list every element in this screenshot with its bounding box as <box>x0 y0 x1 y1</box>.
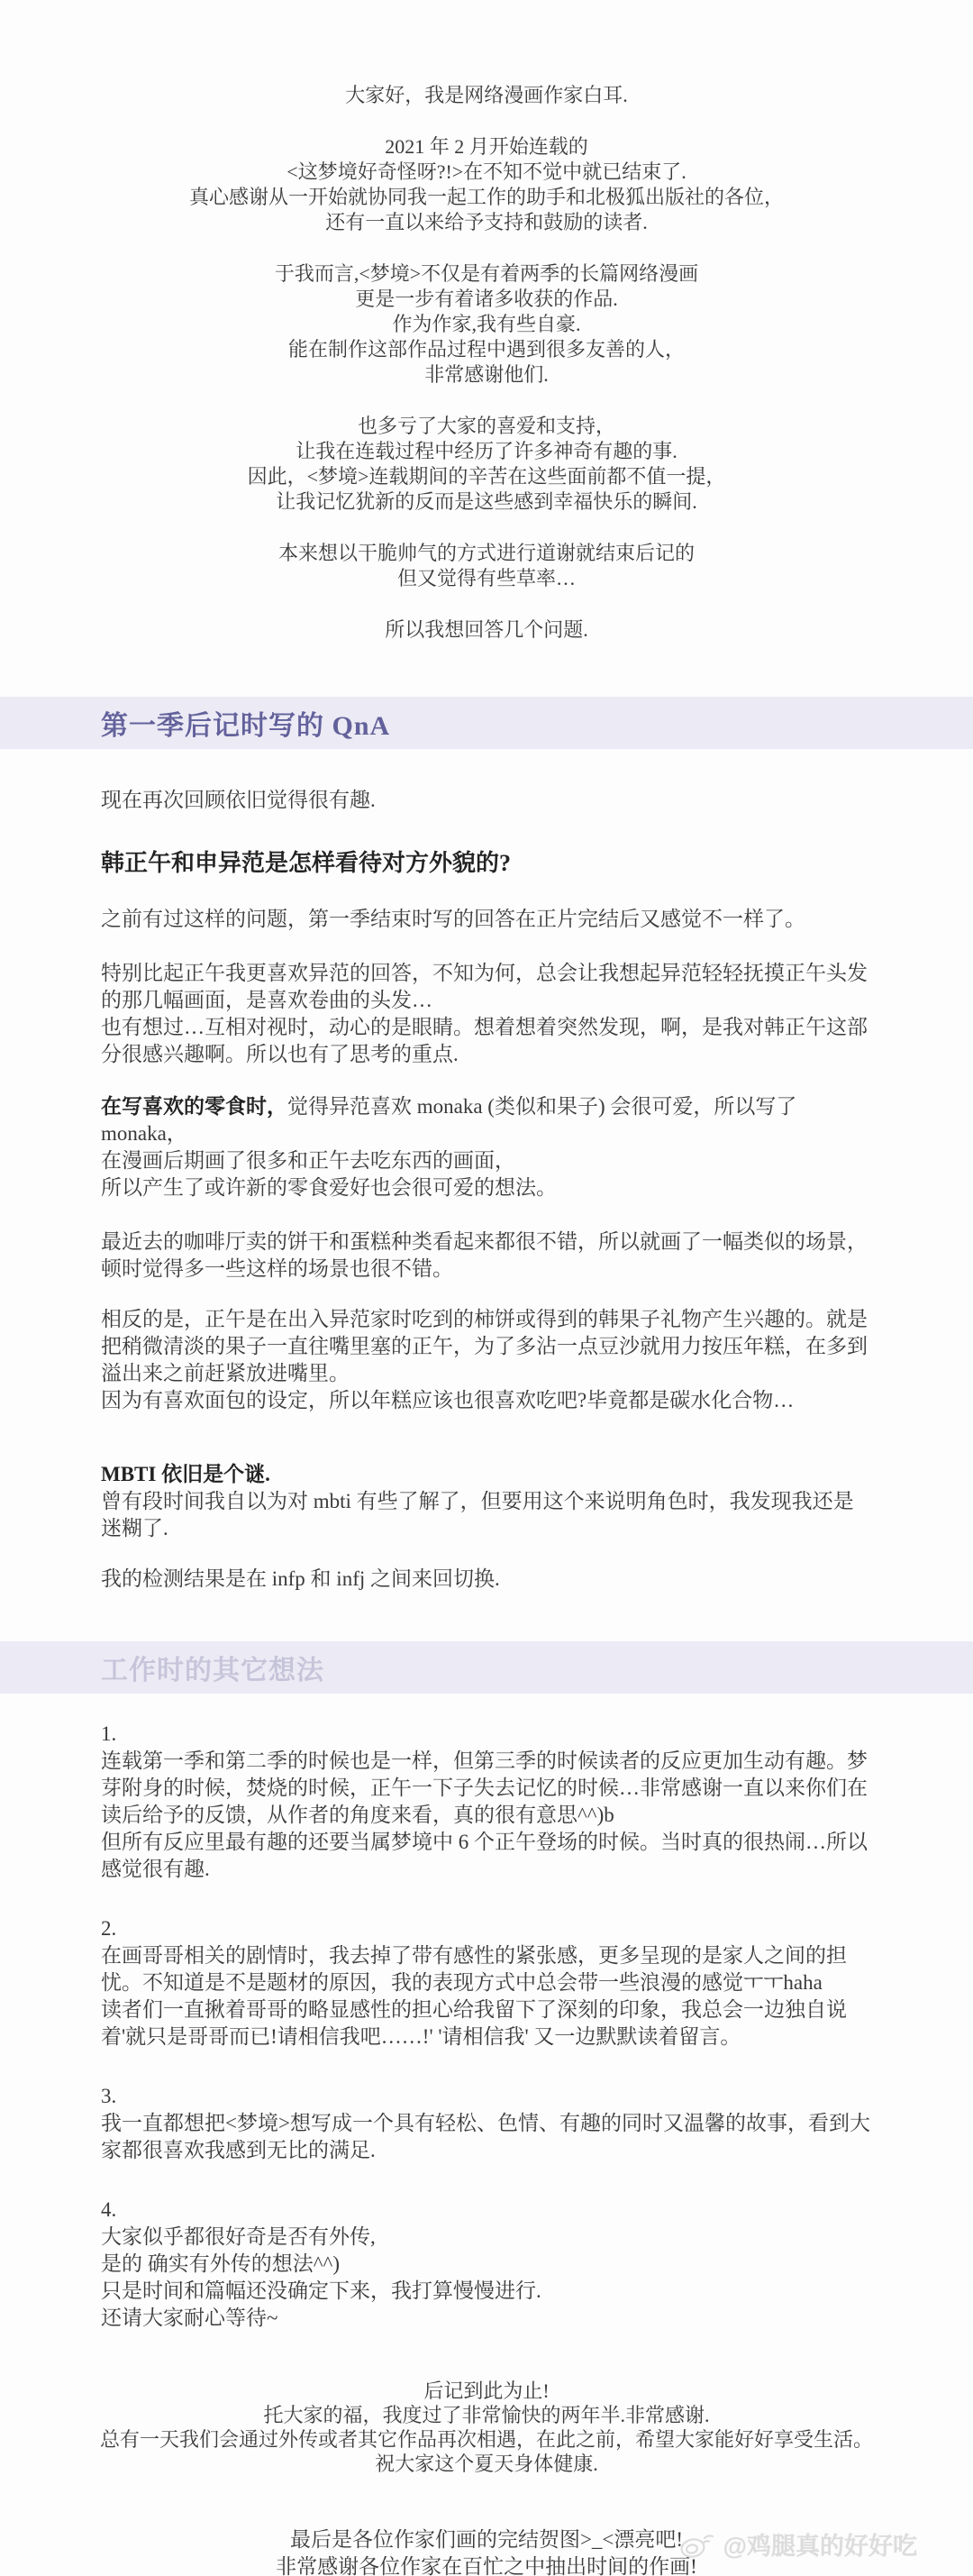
closing-block: 后记到此为止! 托大家的福，我度过了非常愉快的两年半.非常感谢. 总有一天我们会… <box>0 2379 973 2476</box>
qna-snack-lead: 在写喜欢的零食时， <box>101 1095 287 1118</box>
intro-paragraph-4: 也多亏了大家的喜爱和支持， 让我在连载过程中经历了许多神奇有趣的事. 因此，<梦… <box>0 414 973 515</box>
qna-answer-2: 特别比起正午我更喜欢异范的回答，不知为何，总会让我想起异范轻轻抚摸正午头发的那几… <box>101 960 872 1068</box>
section-banner-thoughts: 工作时的其它想法 <box>0 1641 973 1694</box>
thoughts-item-2: 2. 在画哥哥相关的剧情时，我去掉了带有感性的紧张感，更多呈现的是家人之间的担忧… <box>101 1915 872 2051</box>
qna-question-heading: 韩正午和申异范是怎样看待对方外貌的? <box>101 848 872 879</box>
qna-note: 现在再次回顾依旧觉得很有趣. <box>101 787 872 814</box>
qna-mbti-rest: 曾有段时间我自以为对 mbti 有些了解了，但要用这个来说明角色时，我发现我还是… <box>101 1490 854 1539</box>
qna-section: 现在再次回顾依旧觉得很有趣. 韩正午和申异范是怎样看待对方外貌的? 之前有过这样… <box>0 787 973 1593</box>
thoughts-item-4: 4. 大家似乎都很好奇是否有外传, 是的 确实有外传的想法^^) 只是时间和篇幅… <box>101 2197 872 2332</box>
intro-paragraph-1: 大家好，我是网络漫画作家白耳. <box>0 83 973 108</box>
afterword-page: 大家好，我是网络漫画作家白耳. 2021 年 2 月开始连载的 <这梦境好奇怪呀… <box>0 0 973 2576</box>
weibo-watermark-handle: @鸡腿真的好好吃 <box>723 2526 917 2562</box>
thoughts-section-title: 工作时的其它想法 <box>101 1648 324 1687</box>
thoughts-item-3: 3. 我一直都想把<梦境>想写成一个具有轻松、色情、有趣的同时又温馨的故事，看到… <box>101 2083 872 2164</box>
intro-paragraph-6: 所以我想回答几个问题. <box>0 617 973 643</box>
qna-answer-cafe: 最近去的咖啡厅卖的饼干和蛋糕种类看起来都很不错，所以就画了一幅类似的场景，顿时觉… <box>101 1229 872 1283</box>
qna-answer-snack: 在写喜欢的零食时，觉得异范喜欢 monaka (类似和果子) 会很可爱，所以写了… <box>101 1093 872 1201</box>
intro-section: 大家好，我是网络漫画作家白耳. 2021 年 2 月开始连载的 <这梦境好奇怪呀… <box>0 0 973 643</box>
qna-mbti-result: 我的检测结果是在 infp 和 infj 之间来回切换. <box>101 1566 872 1593</box>
thoughts-item-1: 1. 连载第一季和第二季的时候也是一样，但第三季的时候读者的反应更加生动有趣。梦… <box>101 1721 872 1883</box>
intro-paragraph-5: 本来想以干脆帅气的方式进行道谢就结束后记的 但又觉得有些草率… <box>0 541 973 591</box>
section-banner-qna: 第一季后记时写的 QnA <box>0 697 973 749</box>
qna-answer-opposite: 相反的是，正午是在出入异范家时吃到的柿饼或得到的韩果子礼物产生兴趣的。就是把稍微… <box>101 1306 872 1414</box>
qna-answer-1: 之前有过这样的问题，第一季结束时写的回答在正片完结后又感觉不一样了。 <box>101 906 872 933</box>
qna-answer-mbti: MBTI 依旧是个谜. 曾有段时间我自以为对 mbti 有些了解了，但要用这个来… <box>101 1461 872 1542</box>
thoughts-section: 1. 连载第一季和第二季的时候也是一样，但第三季的时候读者的反应更加生动有趣。梦… <box>0 1721 973 2332</box>
qna-section-title: 第一季后记时写的 QnA <box>101 703 390 743</box>
qna-mbti-lead: MBTI 依旧是个谜. <box>101 1463 270 1485</box>
weibo-watermark: @鸡腿真的好好吃 <box>678 2526 917 2562</box>
intro-paragraph-3: 于我而言,<梦境>不仅是有着两季的长篇网络漫画 更是一步有着诸多收获的作品. 作… <box>0 261 973 388</box>
weibo-logo-icon <box>678 2529 716 2560</box>
intro-paragraph-2: 2021 年 2 月开始连载的 <这梦境好奇怪呀?!>在不知不觉中就已结束了. … <box>0 134 973 235</box>
